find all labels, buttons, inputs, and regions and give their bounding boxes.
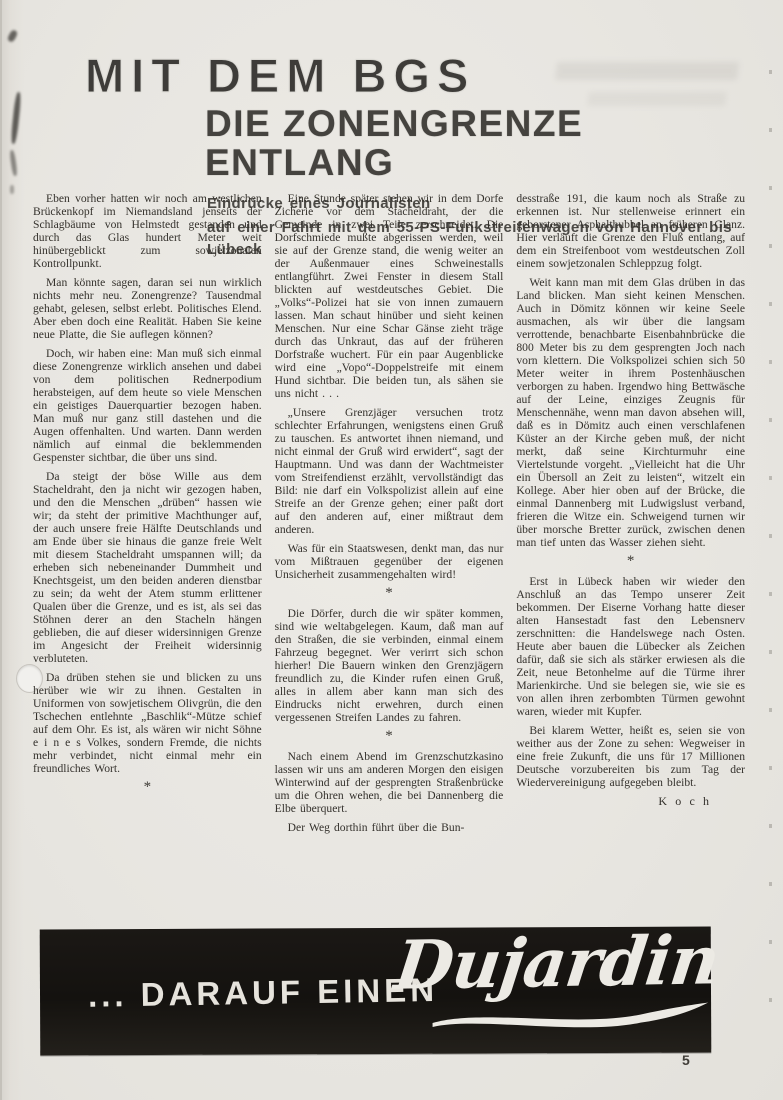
article-paragraph: Was für ein Staatswesen, denkt man, das … [275,542,504,581]
ad-slogan-text: ... DARAUF EINEN [88,971,439,1015]
article-paragraph: Bei klarem Wetter, heißt es, seien sie v… [516,724,745,789]
page-number: 5 [682,1052,690,1068]
ink-smudge [10,185,14,194]
article-paragraph: Der Weg dorthin führt über die Bun- [275,821,504,834]
article-paragraph: Eine Stunde später stehen wir in dem Dor… [275,192,504,400]
article-paragraph: Man könnte sagen, daran sei nun wirklich… [33,276,262,341]
overtitle-inline-effect: MIT DEM BGS [85,52,475,99]
article-title: DIE ZONENGRENZE ENTLANG [205,105,745,183]
article-paragraph: Weit kann man mit dem Glas drüben in das… [516,276,745,549]
text-column-2: Eine Stunde später stehen wir in dem Dor… [275,192,504,924]
article-paragraph: „Unsere Grenzjäger versuchen trotz schle… [275,406,504,536]
page-edge-perforation [769,70,772,1040]
article-overtitle: MIT DEM BGS MIT DEM BGS [85,52,475,99]
article-paragraph: Eben vorher hatten wir noch am westliche… [33,192,262,270]
ad-brand-text: Dujardin [391,920,724,1005]
brand-underline-swash [430,1002,710,1033]
article-paragraph: desstraße 191, die kaum noch als Straße … [516,192,745,270]
advertisement-content: ... DARAUF EINEN Dujardin [39,922,712,1059]
author-signature: K o c h [516,795,745,808]
article-paragraph: Nach einem Abend im Grenzschutzkasino la… [275,750,504,815]
article-paragraph: Erst in Lübeck haben wir wieder den Ansc… [516,575,745,718]
section-separator: * [275,587,504,600]
ad-brand: Dujardin [389,911,691,1036]
section-separator: * [516,555,745,568]
section-separator: * [275,730,504,743]
article-paragraph: Da drüben stehen sie und blicken zu uns … [33,671,262,775]
magazine-page: MIT DEM BGS MIT DEM BGS DIE ZONENGRENZE … [0,0,783,1100]
article-paragraph: Da steigt der böse Wille aus dem Stachel… [33,470,262,665]
advertisement-banner: ... DARAUF EINEN Dujardin [40,927,712,1056]
article-paragraph: Doch, wir haben eine: Man muß sich einma… [33,347,262,464]
article-body: Eben vorher hatten wir noch am westliche… [33,192,745,924]
section-separator: * [33,781,262,794]
article-paragraph: Die Dörfer, durch die wir später kommen,… [275,607,504,724]
text-column-3: desstraße 191, die kaum noch als Straße … [516,192,745,924]
text-column-1: Eben vorher hatten wir noch am westliche… [33,192,262,924]
